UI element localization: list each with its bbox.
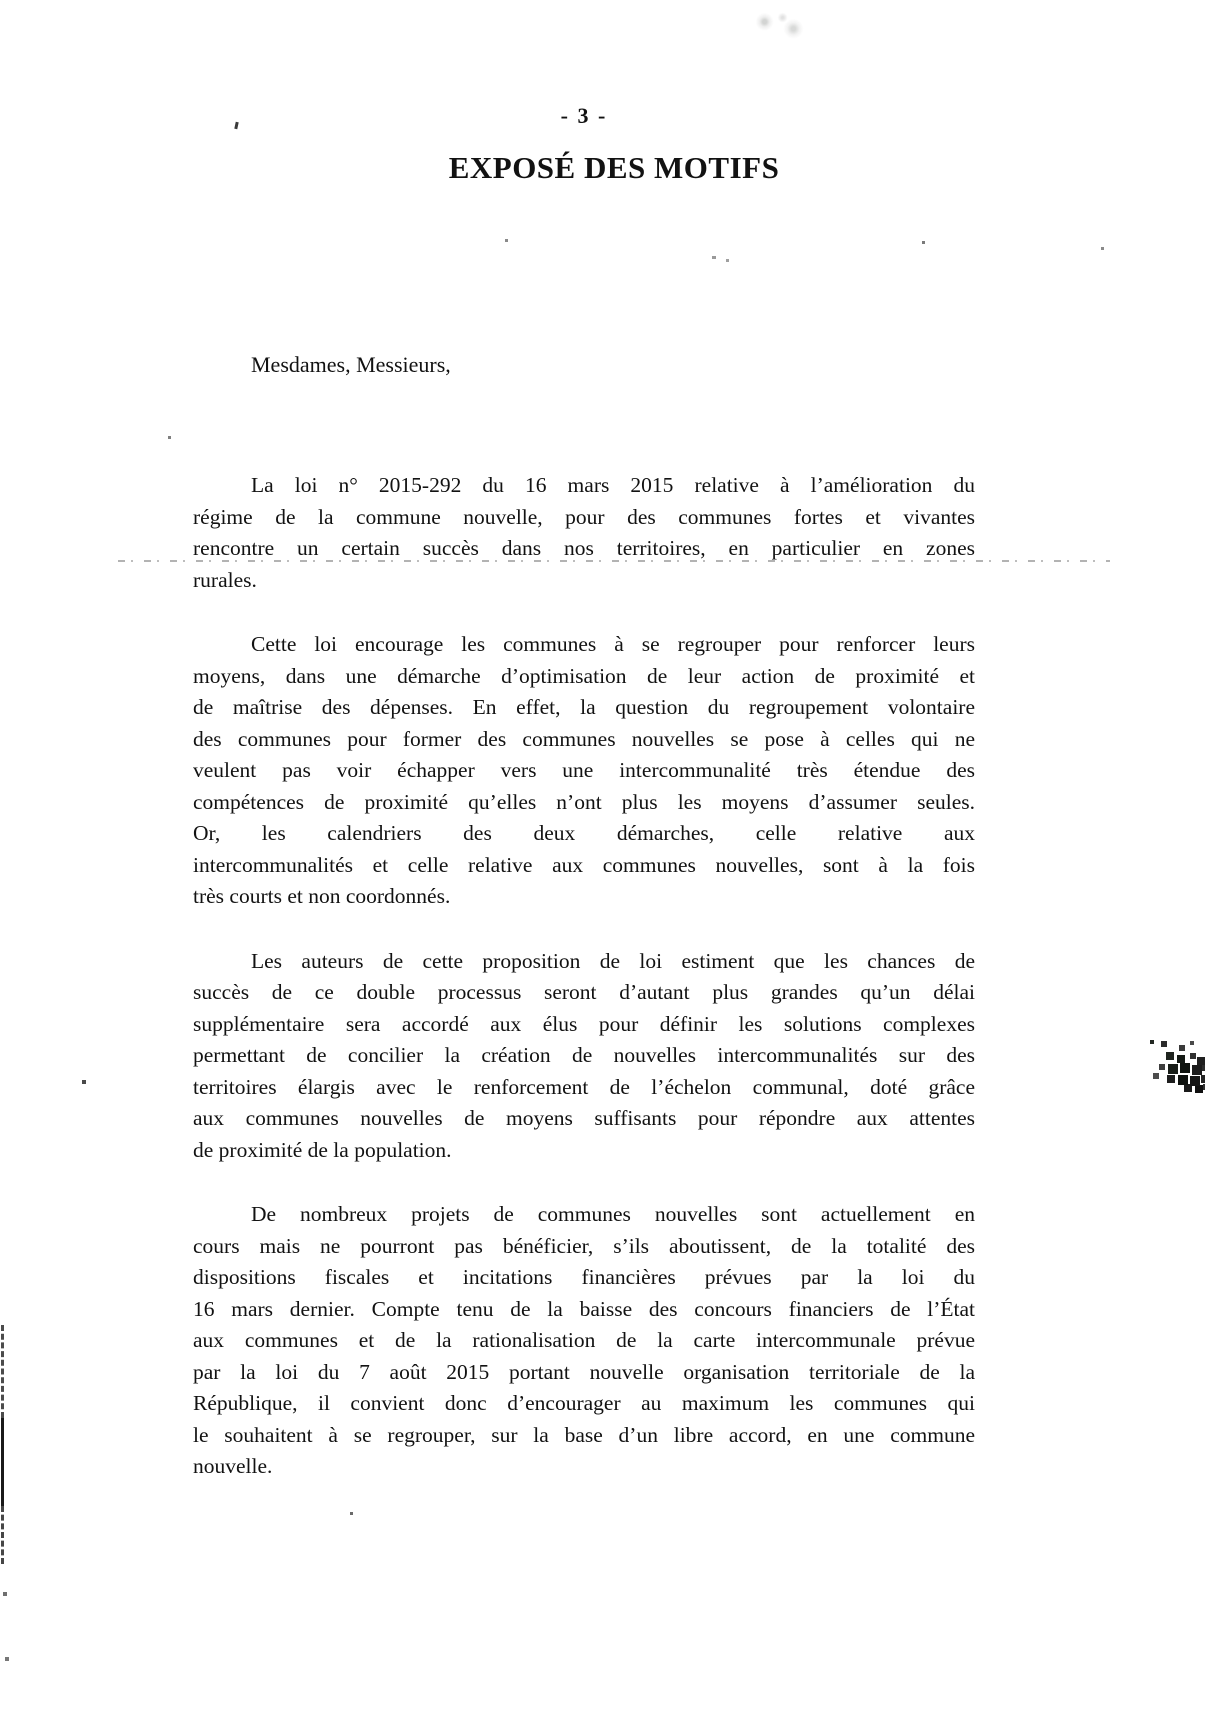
text-line: de proximité de la population.: [193, 1135, 975, 1167]
document-body: La loi n° 2015-292 du 16 mars 2015 relat…: [193, 470, 975, 1516]
scan-speck: [5, 1657, 9, 1661]
text-line: succès de ce double processus seront d’a…: [193, 977, 975, 1009]
text-line: rurales.: [193, 565, 975, 597]
text-line: des communes pour former des communes no…: [193, 724, 975, 756]
text-line: compétences de proximité qu’elles n’ont …: [193, 787, 975, 819]
text-line: Les auteurs de cette proposition de loi …: [193, 946, 975, 978]
text-line: nouvelle.: [193, 1451, 975, 1483]
text-line: La loi n° 2015-292 du 16 mars 2015 relat…: [193, 470, 975, 502]
text-line: République, il convient donc d’encourage…: [193, 1388, 975, 1420]
text-line: moyens, dans une démarche d’optimisation…: [193, 661, 975, 693]
document-page: - 3 - EXPOSÉ DES MOTIFS Mesdames, Messie…: [0, 0, 1205, 1717]
scan-ink-blob: [1150, 1040, 1154, 1044]
text-line: cours mais ne pourront pas bénéficier, s…: [193, 1231, 975, 1263]
scan-margin-line-solid: [1, 1418, 4, 1506]
text-line: le souhaitent à se regrouper, sur la bas…: [193, 1420, 975, 1452]
text-line: aux communes et de la rationalisation de…: [193, 1325, 975, 1357]
text-line: permettant de concilier la création de n…: [193, 1040, 975, 1072]
scan-speck: [726, 259, 729, 262]
scan-speck: [1101, 247, 1104, 250]
scan-speck: [505, 239, 508, 242]
scan-speck: [3, 1592, 7, 1596]
salutation: Mesdames, Messieurs,: [251, 352, 451, 378]
text-line: de maîtrise des dépenses. En effet, la q…: [193, 692, 975, 724]
scan-speck: [82, 1080, 86, 1084]
document-title: EXPOSÉ DES MOTIFS: [223, 150, 1005, 186]
text-line: très courts et non coordonnés.: [193, 881, 975, 913]
text-line: Cette loi encourage les communes à se re…: [193, 629, 975, 661]
text-line: par la loi du 7 août 2015 portant nouvel…: [193, 1357, 975, 1389]
text-line: territoires élargis avec le renforcement…: [193, 1072, 975, 1104]
text-line: intercommunalités et celle relative aux …: [193, 850, 975, 882]
text-line: supplémentaire sera accordé aux élus pou…: [193, 1009, 975, 1041]
scan-margin-line-dashed-lower: [1, 1506, 4, 1564]
scan-speck: [350, 1512, 353, 1515]
page-number: - 3 -: [193, 103, 975, 129]
text-line: régime de la commune nouvelle, pour des …: [193, 502, 975, 534]
paragraph: Cette loi encourage les communes à se re…: [193, 629, 975, 913]
scan-dashed-line: [118, 560, 1110, 562]
text-line: dispositions fiscales et incitations fin…: [193, 1262, 975, 1294]
text-line: aux communes nouvelles de moyens suffisa…: [193, 1103, 975, 1135]
scan-speck: [922, 241, 925, 244]
text-line: Or, les calendriers des deux démarches, …: [193, 818, 975, 850]
paragraph: De nombreux projets de communes nouvelle…: [193, 1199, 975, 1483]
scan-speck: [712, 256, 716, 259]
scan-smudge-top: [743, 12, 815, 40]
paragraph: La loi n° 2015-292 du 16 mars 2015 relat…: [193, 470, 975, 596]
paragraph: Les auteurs de cette proposition de loi …: [193, 946, 975, 1167]
scan-speck: [168, 436, 171, 439]
text-line: 16 mars dernier. Compte tenu de la baiss…: [193, 1294, 975, 1326]
text-line: De nombreux projets de communes nouvelle…: [193, 1199, 975, 1231]
text-line: veulent pas voir échapper vers une inter…: [193, 755, 975, 787]
scan-margin-line-dashed-upper: [1, 1325, 4, 1418]
